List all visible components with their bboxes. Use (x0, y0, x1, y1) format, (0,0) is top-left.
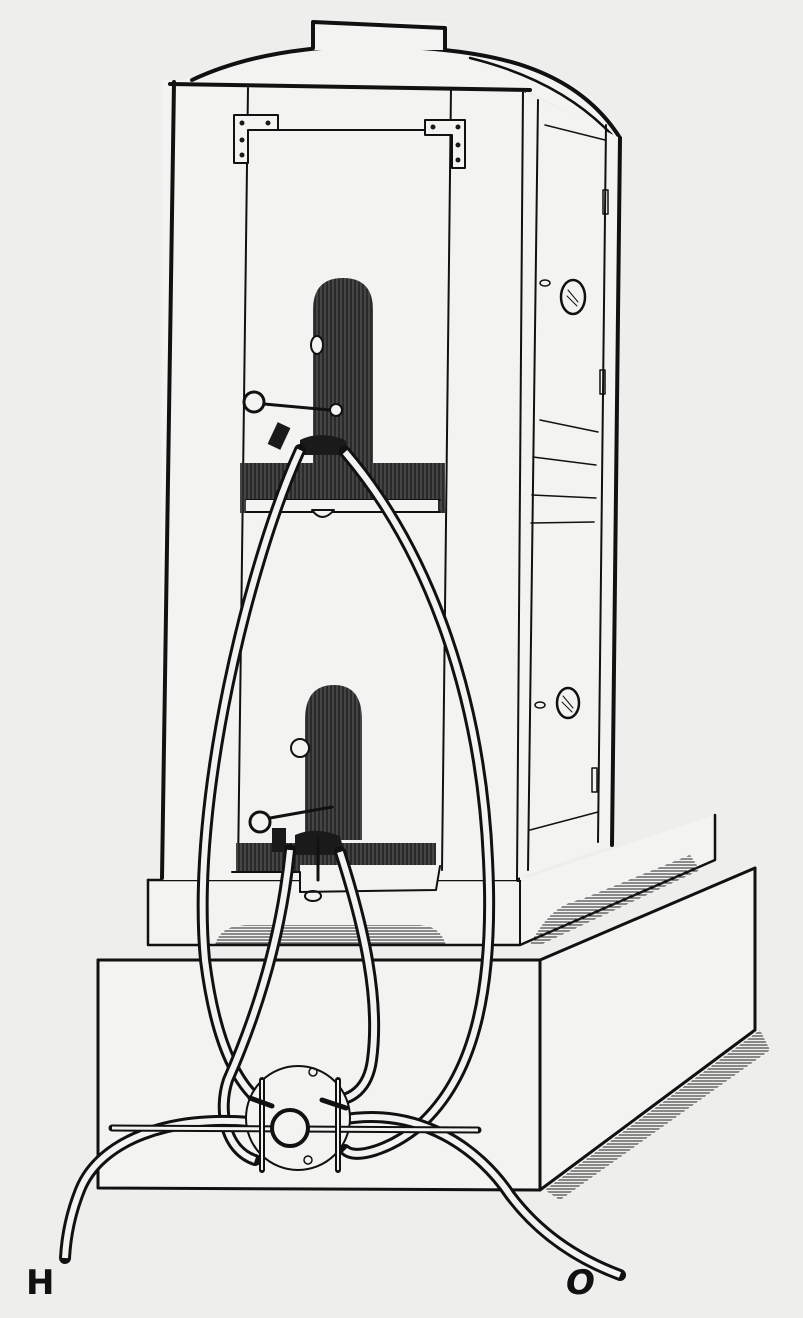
side-door (518, 92, 620, 878)
apparatus-illustration (0, 0, 803, 1318)
top-vent (313, 22, 447, 50)
label-hydrogen-outlet: H (26, 1266, 54, 1300)
label-oxygen-outlet: O (566, 1266, 595, 1300)
